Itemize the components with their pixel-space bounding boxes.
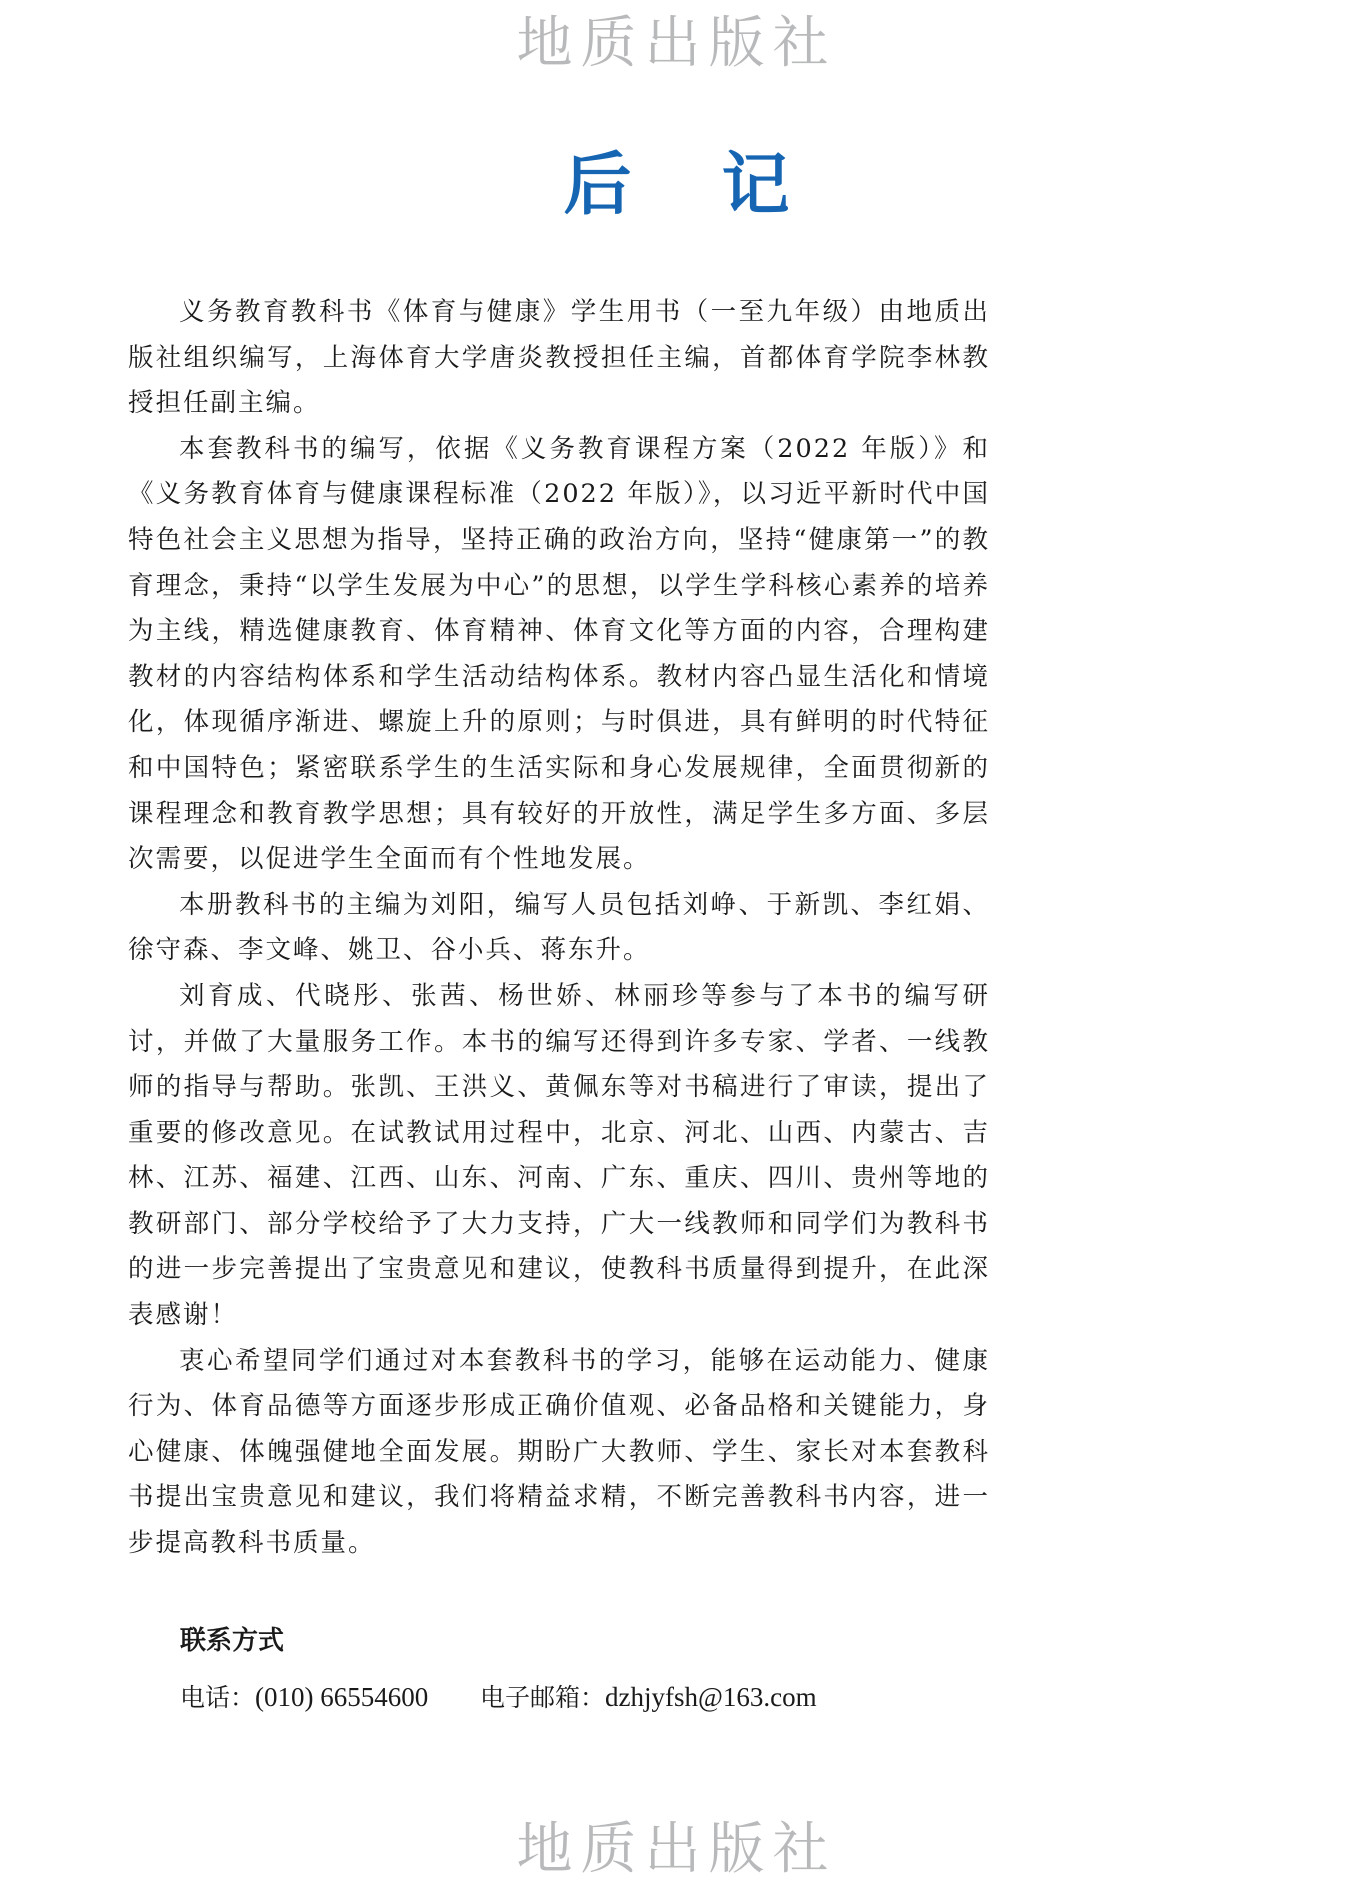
paragraph-intro: 义务教育教科书《体育与健康》学生用书（一至九年级）由地质出版社组织编写，上海体育… <box>128 290 990 427</box>
phone-entry: 电话：(010) 66554600 <box>180 1684 480 1711</box>
email-label: 电子邮箱： <box>480 1683 605 1712</box>
contact-heading: 联系方式 <box>180 1628 1080 1654</box>
publisher-watermark-top: 地质出版社 <box>0 16 1353 72</box>
page-title: 后记 <box>0 152 1353 220</box>
title-char-2: 记 <box>722 146 790 225</box>
publisher-watermark-bottom: 地质出版社 <box>0 1822 1353 1878</box>
contact-section: 联系方式 电话：(010) 66554600电子邮箱：dzhjyfsh@163.… <box>180 1628 1080 1711</box>
paragraph-acknowledgements: 刘育成、代晓彤、张茜、杨世娇、林丽珍等参与了本书的编写研讨，并做了大量服务工作。… <box>128 974 990 1339</box>
paragraph-closing: 衷心希望同学们通过对本套教科书的学习，能够在运动能力、健康行为、体育品德等方面逐… <box>128 1339 990 1567</box>
phone-label: 电话： <box>180 1683 255 1712</box>
afterword-body: 义务教育教科书《体育与健康》学生用书（一至九年级）由地质出版社组织编写，上海体育… <box>128 290 990 1567</box>
contact-line: 电话：(010) 66554600电子邮箱：dzhjyfsh@163.com <box>180 1684 1080 1711</box>
paragraph-editors: 本册教科书的主编为刘阳，编写人员包括刘峥、于新凯、李红娟、徐守森、李文峰、姚卫、… <box>128 883 990 974</box>
paragraph-compilation-basis: 本套教科书的编写，依据《义务教育课程方案（2022 年版）》和《义务教育体育与健… <box>128 427 990 883</box>
title-char-1: 后 <box>563 146 631 225</box>
phone-value: (010) 66554600 <box>255 1682 428 1712</box>
email-value[interactable]: dzhjyfsh@163.com <box>605 1682 817 1712</box>
